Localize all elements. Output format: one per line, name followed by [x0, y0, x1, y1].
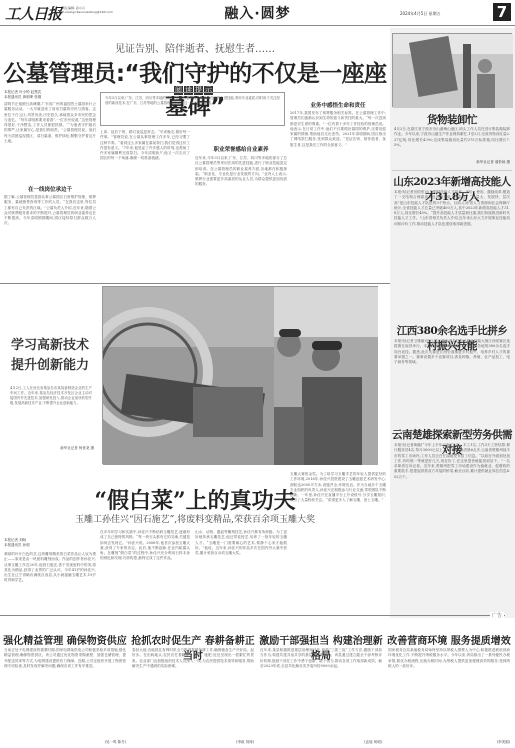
- second-col3-text: 山水、动物、器皿等雕刻技艺,孙佳兴都有所涉猎。为了更好地传承玉雕技艺,他还带徒授…: [195, 530, 287, 610]
- yunnan-text: 本报讯(记者黄榆)“今年上半年已有工2名、木工1名,工作3天工资结算,餐厅服务员…: [394, 443, 510, 608]
- ad-tag: 广告: [490, 612, 504, 619]
- lead-subhead-3: 业务中感悟生命和责任: [290, 101, 386, 109]
- bottom-story-1-headline: 强化精益管理 确保物资供应: [2, 632, 128, 647]
- lead-col1-text: 清明节正值假日高峰期,广东省广州的福园烈士墓园举行公墓服务活动。一大早就迎来了前…: [4, 102, 96, 166]
- machinery-illustration: [103, 287, 275, 465]
- jiangxi-text: 本报讯(记者卫瑾瑜)近日,第二届全省乡村振兴职业技能大赛江西省赛区选拔赛在南昌举…: [394, 339, 510, 421]
- port-photo-caption: 4月2日,在浙江省宁波市舟山港梅山港区,码头工作人员在进行集装箱装卸作业。今年以…: [394, 127, 510, 159]
- second-col2-text: 在多年的学习和实践中,孙佳兴不断钻研玉雕技艺,逐渐形成了自己独特的风格。“每一块…: [100, 530, 190, 610]
- port-photo-title: 货物装卸忙: [392, 112, 512, 127]
- workers-illustration: [274, 287, 378, 465]
- lead-col2-text: 上岗、延后下班、路灯夜巡是常态。“早来晚走,做好每一件事。”管理员说,在公墓从事…: [100, 130, 190, 280]
- bottom-story-2-text: 春回大地,各地抓住有利时机全力推进春耕备耕工作,确保粮食生产开好局、起好步。在田…: [132, 648, 254, 740]
- side-feature-text: 4月2日,工人在河北省秦皇岛市某装备制造企业的生产车间工作。近年来,秦皇岛经济技…: [10, 386, 92, 442]
- bottom-story-4-headline: 改善营商环境 服务提质增效: [386, 632, 512, 647]
- lead-subhead-2: 职业荣誉感给自业素养: [195, 145, 287, 153]
- port-photo-credit: 新华社记者 翁忻旸 摄: [394, 160, 510, 165]
- workers-photo-right: [274, 286, 378, 464]
- bottom-story-1-text: 当前正处于电网建设的重要时期,国家电网某供电公司积极采取多项措施,强化精益管理,…: [4, 648, 126, 740]
- issue-date: 2024年4月5日 星期五: [400, 11, 441, 17]
- lead-subhead-1: 在一线岗位承边千: [4, 185, 96, 193]
- reading-tips-box: 今年3月以来,广东、江苏、四川等多地的部分了总社公墓管理员等采用在岗的先进技能,…: [100, 92, 285, 126]
- bottom-story-3-text: 近年来,某县积极推进基层治理现代化,坚持“三抓三促”工作方法,激励干部担当作为,…: [260, 648, 382, 740]
- divider: [392, 170, 512, 171]
- lead-col3-text: 2017年,我国发布了殡葬服务相关标准。在公墓管理工作中,管理员们逐渐认识到生命…: [290, 111, 386, 279]
- byline-correspondent: 本报通讯员 孙明: [4, 543, 94, 548]
- side-feature-credit: 新华社记者 杨世尧 摄: [30, 446, 94, 451]
- page-number: 7: [493, 3, 511, 21]
- ad-divider: [0, 615, 505, 616]
- workers-machinery-photo: [102, 286, 274, 464]
- byline-correspondents: 本报通讯员 黄明坤 张刚: [4, 95, 94, 100]
- port-cargo-photo: [392, 33, 512, 107]
- shandong-text: 本报讯(记者田国垒)山东围绕技能人才培养、评价、使用、激励改革,锻造了一支结构合…: [394, 190, 510, 320]
- side-feature: 学习高新技术 提升创新能力 4月2日,工人在河北省秦皇岛市某装备制造企业的生产车…: [0, 286, 100, 466]
- bottom-story-1-credit: (吴一鸣 陈冬): [4, 740, 126, 745]
- second-byline: 本报记者 刘旸 本报通讯员 孙明: [4, 538, 94, 548]
- second-col4-text: 玉雕大赛的金奖。为了给学习玉雕手艺的年轻人提供更好的工作环境,2016年,孙佳兴…: [290, 472, 386, 610]
- reading-tips-text: 今年3月以来,广东、江苏、四川等多地的部分了总社公墓管理员等采用在岗的先进技能,…: [105, 96, 280, 122]
- lead-col1b-text: 据了解,公墓管理员是指从事公墓园区日常维护管理、殡葬服务、墓地销售咨询等工作的人…: [4, 195, 96, 277]
- divider: [0, 283, 390, 284]
- second-col1-text: 翠绿的叶片白色的茎,这块雕刻精美的白菜作品让人叹为观止——原来是由一块废料雕刻而…: [4, 552, 96, 610]
- lead-col2b-text: 近年来,今年3月以来,广东、江苏、四川等多地的部分了总社公墓管理员等采用在岗的先…: [195, 156, 287, 280]
- port-illustration: [393, 34, 513, 108]
- lead-byline: 本报记者 叶小钟 赵黑武 本报通讯员 黄明坤 张刚: [4, 90, 94, 100]
- bottom-story-3-credit: (孟瑶 何明): [260, 740, 382, 745]
- side-headline-1: 学习高新技术: [0, 334, 100, 353]
- bottom-story-2-credit: (李政 刘涛): [132, 740, 254, 745]
- bottom-story-4-credit: (李美娟): [388, 740, 510, 745]
- masthead: 工人日报 责任编辑: 孙小兵 E-mail:grrbsunxiaobing@16…: [0, 0, 515, 26]
- lead-kicker: 见证告别、陪伴逝者、抚慰生者……: [0, 40, 390, 55]
- bottom-story-4-text: 国家税务总局某地税务局始终坚持以纳税人缴费人为中心,积极推进税收营商环境优化工作…: [388, 648, 510, 740]
- side-headline-2: 提升创新能力: [0, 354, 100, 373]
